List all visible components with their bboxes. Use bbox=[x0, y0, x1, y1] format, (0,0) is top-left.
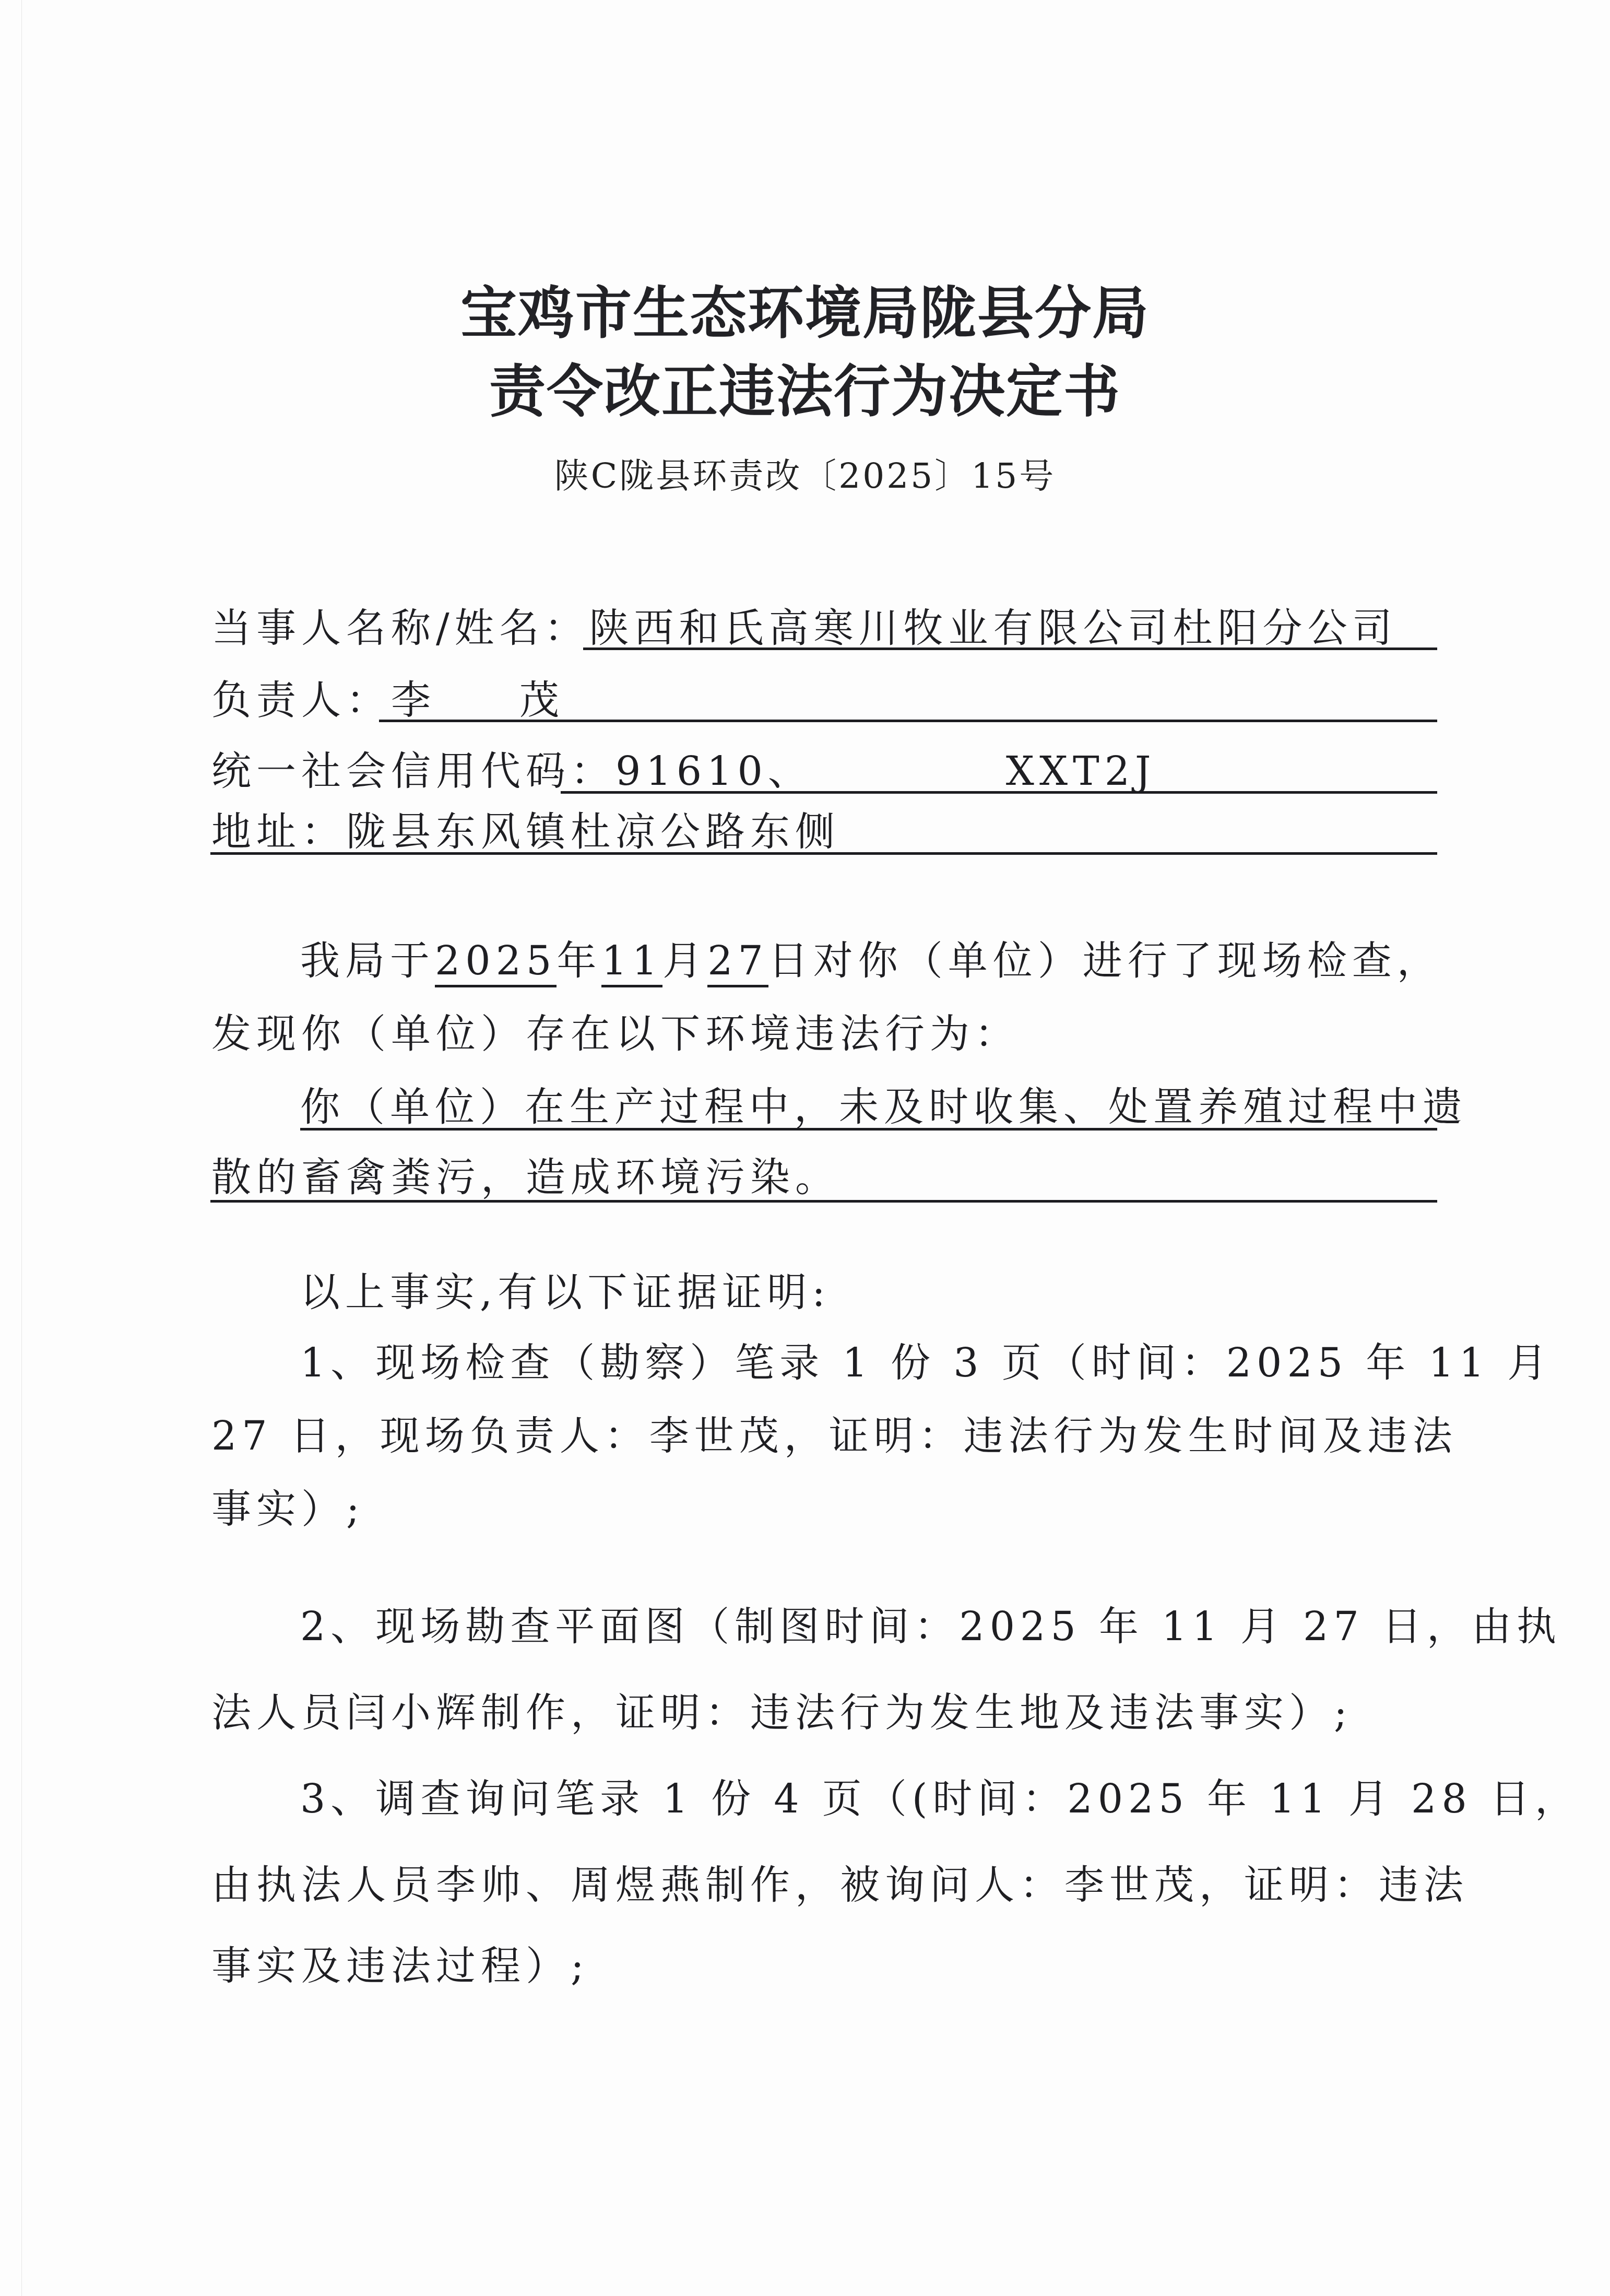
document-page: 宝鸡市生态环境局陇县分局 责令改正违法行为决定书 陕C陇县环责改〔2025〕15… bbox=[0, 0, 1610, 2296]
responsible-person-value-2: 茂 bbox=[519, 677, 564, 724]
evidence-intro: 以上事实,有以下证据证明: bbox=[300, 1269, 1527, 1316]
inspection-year: 2025 bbox=[435, 937, 557, 987]
responsible-person-value-1: 李 bbox=[391, 677, 436, 724]
violation-line-1: 你（单位）在生产过程中，未及时收集、处置养殖过程中遗 bbox=[300, 1084, 1527, 1131]
party-name-label: 当事人名称/姓名： bbox=[211, 605, 589, 652]
evidence-item-2-line-2: 法人员闫小辉制作，证明：违法行为发生地及违法事实）; bbox=[211, 1689, 1438, 1736]
responsible-person-label: 负责人： bbox=[211, 677, 391, 724]
evidence-item-1-line-2: 27 日，现场负责人：李世茂，证明：违法行为发生时间及违法 bbox=[211, 1412, 1438, 1459]
evidence-item-1-line-3: 事实）; bbox=[211, 1486, 1438, 1533]
party-name-underline bbox=[583, 647, 1437, 650]
party-name-value: 陕西和氏高寒川牧业有限公司杜阳分公司 bbox=[589, 605, 1398, 652]
responsible-person-underline bbox=[379, 720, 1437, 722]
credit-code-row: 统一社会信用代码：91610、XXT2J bbox=[211, 748, 1438, 795]
credit-code-value-2: XXT2J bbox=[1006, 748, 1156, 795]
violation-underline-1 bbox=[300, 1128, 1437, 1131]
document-title: 责令改正违法行为决定书 bbox=[0, 360, 1610, 423]
inspection-sentence: 我局于2025年11月27日对你（单位）进行了现场检查， bbox=[300, 937, 1527, 984]
evidence-item-3-line-2: 由执法人员李帅、周煜燕制作，被询问人：李世茂，证明：违法 bbox=[211, 1862, 1438, 1909]
document-number: 陕C陇县环责改〔2025〕15号 bbox=[0, 455, 1610, 497]
credit-code-underline bbox=[561, 791, 1437, 794]
violation-underline-2 bbox=[210, 1200, 1437, 1203]
violation-line-2: 散的畜禽粪污，造成环境污染。 bbox=[211, 1154, 1438, 1201]
agency-title: 宝鸡市生态环境局陇县分局 bbox=[0, 282, 1610, 345]
party-name-row: 当事人名称/姓名：陕西和氏高寒川牧业有限公司杜阳分公司 bbox=[211, 605, 1438, 652]
evidence-item-3-line-1: 3、调查询问笔录 1 份 4 页（(时间：2025 年 11 月 28 日， bbox=[300, 1775, 1527, 1822]
address-row: 地址：陇县东风镇杜凉公路东侧 bbox=[211, 808, 1438, 855]
address-underline bbox=[210, 852, 1437, 855]
address-label: 地址： bbox=[211, 808, 346, 855]
inspection-finding: 发现你（单位）存在以下环境违法行为： bbox=[211, 1010, 1438, 1057]
credit-code-label: 统一社会信用代码： bbox=[211, 748, 615, 795]
responsible-person-row: 负责人：李茂 bbox=[211, 677, 1438, 724]
evidence-item-1-line-1: 1、现场检查（勘察）笔录 1 份 3 页（时间：2025 年 11 月 bbox=[300, 1339, 1527, 1386]
inspection-month: 11 bbox=[601, 937, 662, 987]
inspection-day: 27 bbox=[707, 937, 768, 987]
evidence-item-3-line-3: 事实及违法过程）; bbox=[211, 1942, 1438, 1989]
evidence-item-2-line-1: 2、现场勘查平面图（制图时间：2025 年 11 月 27 日，由执 bbox=[300, 1603, 1527, 1650]
credit-code-value-1: 91610、 bbox=[615, 748, 813, 795]
address-value: 陇县东风镇杜凉公路东侧 bbox=[346, 808, 840, 855]
